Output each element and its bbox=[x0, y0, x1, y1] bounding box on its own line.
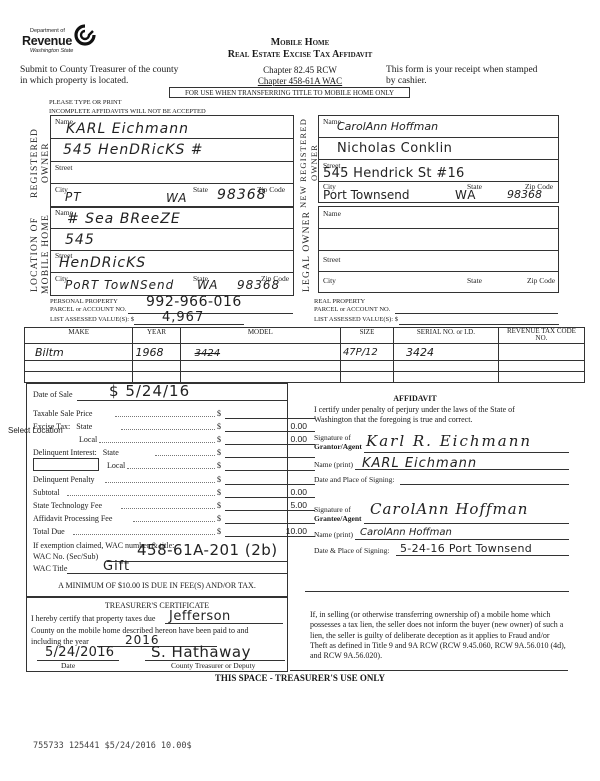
legal-owner-line2-field[interactable] bbox=[319, 229, 558, 251]
new-owner-name-field[interactable]: Name CarolAnn Hoffman bbox=[319, 116, 558, 138]
cell-empty[interactable] bbox=[340, 372, 393, 383]
table-row bbox=[25, 361, 585, 372]
grantor-name-label: Name (print) bbox=[314, 460, 353, 469]
wac-title-value[interactable]: Gift bbox=[103, 559, 130, 574]
location-city[interactable]: PoRT TowNSend bbox=[65, 278, 174, 292]
new-owner-street-field[interactable]: Street 545 Hendrick St #16 bbox=[319, 160, 558, 182]
wac-title-line bbox=[67, 573, 287, 574]
location-name-field[interactable]: Name # Sea BReeZE bbox=[51, 207, 293, 229]
logo-revenue-text: Revenue bbox=[22, 34, 72, 48]
personal-property-account-line bbox=[128, 313, 293, 314]
real-property-account-line[interactable] bbox=[395, 313, 558, 314]
lien-notice-bottom-line bbox=[290, 670, 568, 671]
location-line2-field[interactable]: 545 bbox=[51, 229, 293, 251]
registered-owner-state[interactable]: WA bbox=[166, 191, 187, 205]
grantor-signature-label: Signature of Grantor/Agent bbox=[314, 433, 362, 451]
cell-empty[interactable] bbox=[133, 372, 180, 383]
legal-owner-street-field[interactable]: Street bbox=[319, 251, 558, 272]
dor-logo: Department of Revenue Washington State bbox=[20, 26, 100, 66]
real-assessed-label: LIST ASSESSED VALUE(S): $ bbox=[314, 316, 398, 323]
date-of-sale-line bbox=[77, 400, 287, 401]
cell-empty[interactable] bbox=[180, 372, 340, 383]
receipt-stamp: 755733 125441 $5/24/2016 10.00$ bbox=[33, 741, 192, 751]
wac-no-line bbox=[107, 561, 287, 562]
col-serial: SERIAL NO. or I.D. bbox=[393, 328, 498, 344]
wac-no-value[interactable]: 458-61A-201 (2b) bbox=[137, 541, 278, 559]
table-header-row: MAKE YEAR MODEL SIZE SERIAL NO. or I.D. … bbox=[25, 328, 585, 344]
form-title: Mobile Home Real Estate Excise Tax Affid… bbox=[200, 37, 400, 61]
new-owner-state[interactable]: WA bbox=[455, 188, 476, 202]
grantor-signature[interactable]: Karl R. Eichmann bbox=[366, 432, 532, 450]
grantor-name[interactable]: KARL Eichmann bbox=[362, 456, 477, 471]
new-registered-owner-box: Name CarolAnn Hoffman Nicholas Conklin S… bbox=[318, 115, 559, 203]
transfer-banner: FOR USE WHEN TRANSFERRING TITLE TO MOBIL… bbox=[169, 87, 410, 98]
grantee-signature-label: Signature of Grantee/Agent bbox=[314, 505, 362, 523]
legal-owner-section-label: LEGAL OWNER bbox=[302, 206, 316, 296]
fee-row-state-technology-fee: State Technology Fee $ 5.00 bbox=[33, 501, 303, 515]
cell-empty[interactable] bbox=[133, 361, 180, 372]
personal-assessed-value[interactable]: 4,967 bbox=[162, 310, 204, 325]
registered-owner-city[interactable]: PT bbox=[65, 190, 82, 204]
cell-serial[interactable]: 3424 bbox=[393, 344, 498, 361]
grantor-signature-line bbox=[364, 452, 569, 453]
cell-empty[interactable] bbox=[25, 361, 133, 372]
cell-revenue-tax-code[interactable] bbox=[498, 344, 584, 361]
real-property-label: REAL PROPERTY PARCEL or ACCOUNT NO. bbox=[314, 298, 390, 314]
cell-empty[interactable] bbox=[393, 372, 498, 383]
dor-swirl-icon bbox=[74, 24, 96, 46]
fee-row-total-due: Total Due $ 10.00 bbox=[33, 527, 303, 541]
grantee-name-line bbox=[355, 539, 569, 540]
cell-model[interactable]: 3424 bbox=[180, 344, 340, 361]
treasurer-date-value[interactable]: 5/24/2016 bbox=[45, 645, 114, 660]
receipt-note: This form is your receipt when stamped b… bbox=[386, 65, 537, 87]
col-model: MODEL bbox=[180, 328, 340, 344]
wac-no-label: WAC No. (Sec/Sub) bbox=[33, 552, 98, 561]
grantor-date-label: Date and Place of Signing: bbox=[314, 475, 394, 484]
registered-owner-line2-field[interactable]: 545 HenDRicKS # bbox=[51, 139, 293, 162]
wac-title-label: WAC Title bbox=[33, 564, 67, 573]
new-owner-city-row: City Port Townsend State WA Zip Code 983… bbox=[319, 182, 558, 204]
cell-size[interactable]: 47P/12 bbox=[340, 344, 393, 361]
logo-state-text: Washington State bbox=[30, 48, 73, 54]
personal-property-label: PERSONAL PROPERTY PARCEL or ACCOUNT NO. bbox=[50, 298, 126, 314]
treasurer-certificate-box: TREASURER'S CERTIFICATE I hereby certify… bbox=[26, 596, 288, 672]
cell-empty[interactable] bbox=[180, 361, 340, 372]
cell-empty[interactable] bbox=[393, 361, 498, 372]
affidavit-title: AFFIDAVIT bbox=[290, 394, 540, 403]
lien-notice: If, in selling (or otherwise transferrin… bbox=[310, 610, 568, 661]
location-street-field[interactable]: Street HenDRicKS bbox=[51, 251, 293, 273]
table-row: Biltm 1968 3424 47P/12 3424 bbox=[25, 344, 585, 361]
treasurer-signature[interactable]: S. Hathaway bbox=[151, 643, 251, 661]
cell-empty[interactable] bbox=[340, 361, 393, 372]
chapter-refs: Chapter 82.45 RCW Chapter 458-61A WAC bbox=[245, 65, 355, 87]
grantee-signature-line bbox=[364, 523, 569, 524]
minimum-fee-note: A MINIMUM OF $10.00 IS DUE IN FEE(S) AND… bbox=[27, 581, 287, 590]
instructions: PLEASE TYPE OR PRINT INCOMPLETE AFFIDAVI… bbox=[49, 98, 206, 116]
new-owner-line2-field[interactable]: Nicholas Conklin bbox=[319, 138, 558, 160]
col-make: MAKE bbox=[25, 328, 133, 344]
location-select-box[interactable] bbox=[33, 458, 99, 471]
grantor-date-line[interactable] bbox=[400, 484, 569, 485]
treasurer-date-line bbox=[37, 660, 119, 661]
col-size: SIZE bbox=[340, 328, 393, 344]
registered-owner-box: Name KARL Eichmann 545 HenDRicKS # Stree… bbox=[50, 115, 294, 208]
grantee-date-line bbox=[396, 555, 569, 556]
location-box: Name # Sea BReeZE 545 Street HenDRicKS C… bbox=[50, 206, 294, 296]
submit-note: Submit to County Treasurer of the county… bbox=[20, 65, 178, 87]
legal-owner-box: Name Street City State Zip Code bbox=[318, 206, 559, 293]
cell-year[interactable]: 1968 bbox=[133, 344, 180, 361]
fee-row-excise-local: Local $ 0.00 bbox=[33, 435, 303, 449]
legal-owner-name-field[interactable]: Name bbox=[319, 207, 558, 229]
cell-make[interactable]: Biltm bbox=[25, 344, 133, 361]
treasurer-certificate-title: TREASURER'S CERTIFICATE bbox=[27, 601, 287, 610]
grantee-name[interactable]: CarolAnn Hoffman bbox=[360, 527, 452, 538]
grantee-name-label: Name (print) bbox=[314, 530, 353, 539]
personal-property-account-no[interactable]: 992-966-016 bbox=[146, 294, 242, 310]
registered-owner-street-field[interactable]: Street bbox=[51, 162, 293, 184]
treasurer-date-label: Date bbox=[61, 661, 75, 670]
new-owner-city[interactable]: Port Townsend bbox=[323, 188, 410, 202]
col-revenue-tax-code: REVENUE TAX CODE NO. bbox=[498, 328, 584, 344]
location-state[interactable]: WA bbox=[197, 278, 218, 292]
registered-owner-city-row: City PT State WA 98368 Zip Code bbox=[51, 184, 293, 208]
affidavit-statement: I certify under penalty of perjury under… bbox=[314, 405, 515, 425]
county-value[interactable]: Jefferson bbox=[169, 609, 231, 624]
affidavit-bottom-line bbox=[305, 591, 569, 592]
real-assessed-line[interactable] bbox=[399, 324, 559, 325]
sale-fees-box: Date of Sale $ 5/24/16 Taxable Sale Pric… bbox=[26, 383, 288, 598]
personal-assessed-label: LIST ASSESSED VALUE(S): $ bbox=[50, 316, 134, 323]
mobile-home-table: MAKE YEAR MODEL SIZE SERIAL NO. or I.D. … bbox=[24, 327, 585, 383]
cell-empty[interactable] bbox=[498, 372, 584, 383]
date-of-sale-value[interactable]: $ 5/24/16 bbox=[109, 382, 190, 400]
grantee-date-label: Date & Place of Signing: bbox=[314, 546, 389, 555]
treasurer-use-banner: THIS SPACE - TREASURER'S USE ONLY bbox=[0, 673, 600, 683]
table-row bbox=[25, 372, 585, 383]
location-city-row: City PoRT TowNSend State WA 98368 Zip Co… bbox=[51, 273, 293, 296]
treasurer-line1: I hereby certify that property taxes due bbox=[31, 614, 155, 623]
legal-owner-city-row[interactable]: City State Zip Code bbox=[319, 272, 558, 293]
col-year: YEAR bbox=[133, 328, 180, 344]
new-owner-zip[interactable]: 98368 bbox=[507, 188, 542, 201]
registered-owner-name-field[interactable]: Name KARL Eichmann bbox=[51, 116, 293, 139]
select-location-label: Select Location bbox=[8, 426, 63, 435]
grantee-signature[interactable]: CarolAnn Hoffman bbox=[370, 500, 528, 518]
cell-empty[interactable] bbox=[498, 361, 584, 372]
date-of-sale-label: Date of Sale bbox=[33, 390, 73, 399]
cell-empty[interactable] bbox=[25, 372, 133, 383]
treasurer-signature-label: County Treasurer or Deputy bbox=[171, 661, 255, 670]
grantee-date-place[interactable]: 5-24-16 Port Townsend bbox=[400, 542, 532, 555]
